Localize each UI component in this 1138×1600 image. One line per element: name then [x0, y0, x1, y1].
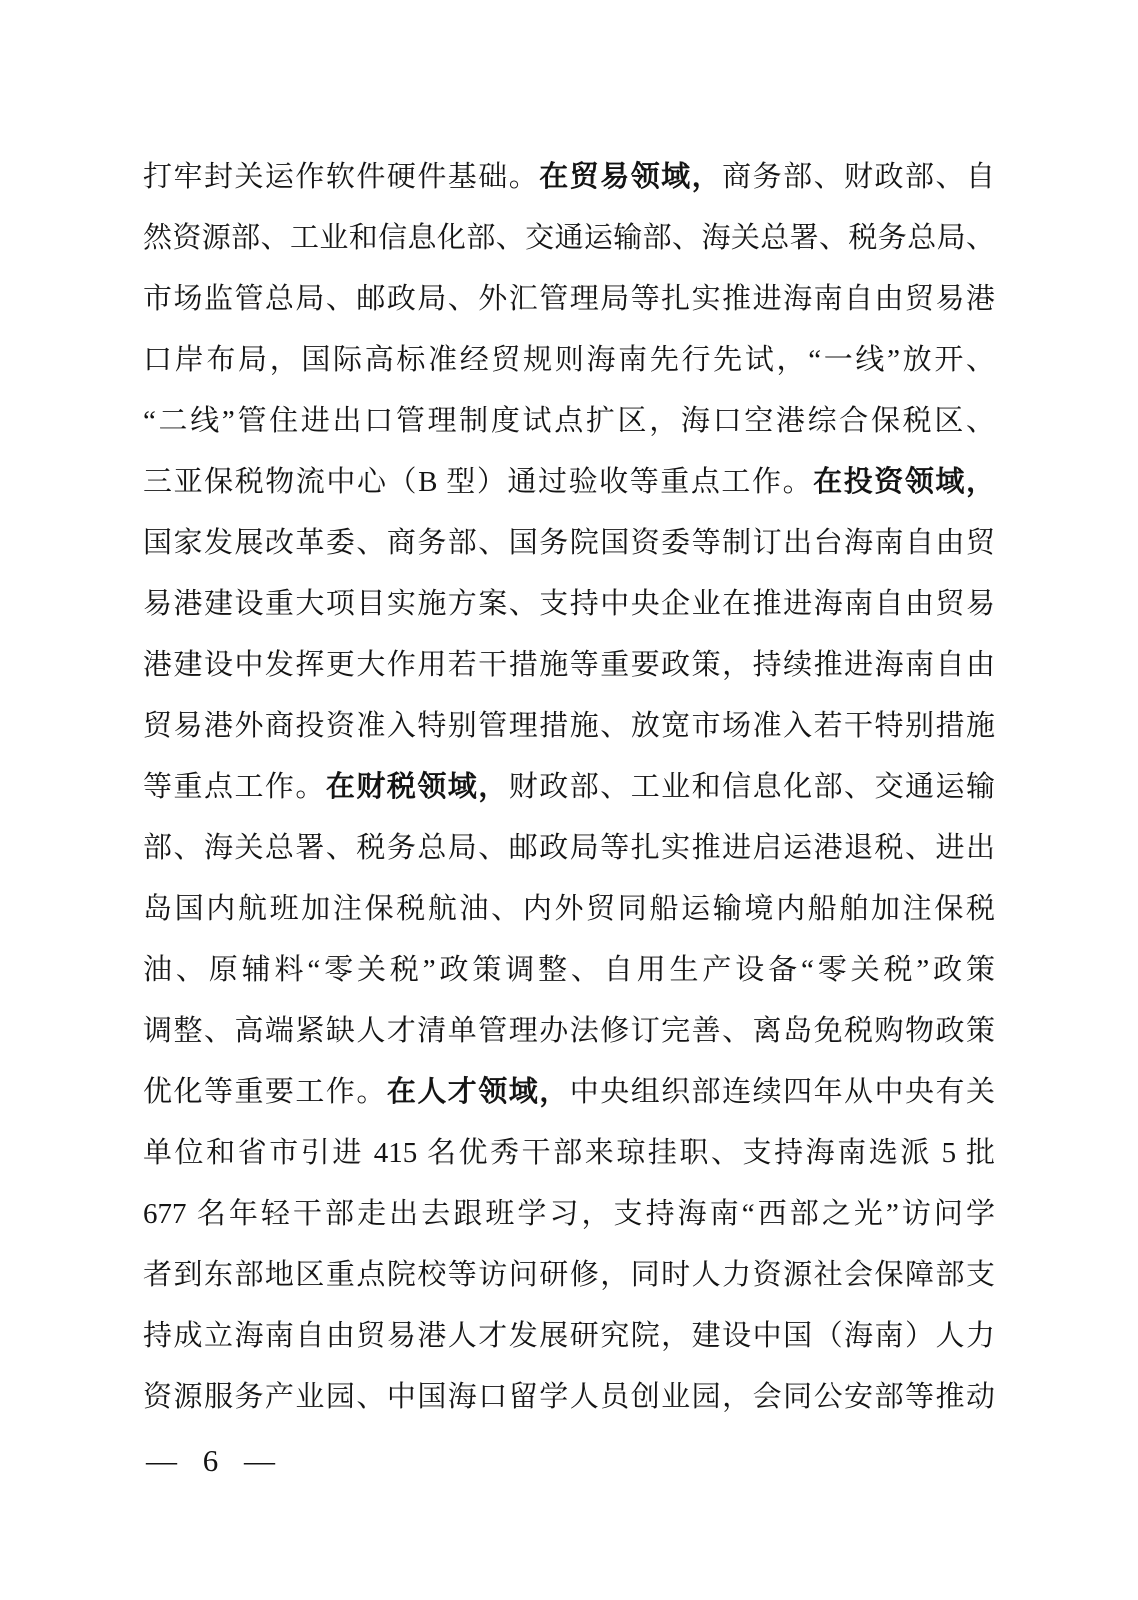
document-line: 贸易港外商投资准入特别管理措施、放宽市场准入若干特别措施	[143, 696, 995, 757]
document-line: 单位和省市引进 415 名优秀干部来琼挂职、支持海南选派 5 批	[143, 1123, 995, 1184]
text-segment: 油、原辅料“零关税”政策调整、自用生产设备“零关税”政策	[143, 954, 995, 986]
text-segment: 然资源部、工业和信息化部、交通运输部、海关总署、税务总局、	[143, 222, 995, 254]
emphasis-text-segment: 在人才领域，	[387, 1076, 570, 1108]
text-segment: 优化等重要工作。	[143, 1076, 387, 1108]
text-segment: 易港建设重大项目实施方案、支持中央企业在推进海南自由贸易	[143, 588, 995, 620]
text-segment: 商务部、财政部、自	[722, 161, 995, 193]
document-line: 口岸布局，国际高标准经贸规则海南先行先试，“一线”放开、	[143, 330, 995, 391]
text-segment: 持成立海南自由贸易港人才发展研究院，建设中国（海南）人力	[143, 1320, 995, 1352]
document-line: 者到东部地区重点院校等访问研修，同时人力资源社会保障部支	[143, 1245, 995, 1306]
emphasis-text-segment: 在财税领域，	[326, 771, 509, 803]
text-segment: 资源服务产业园、中国海口留学人员创业园，会同公安部等推动	[143, 1381, 995, 1413]
document-line: 然资源部、工业和信息化部、交通运输部、海关总署、税务总局、	[143, 208, 995, 269]
document-line: 打牢封关运作软件硬件基础。在贸易领域，商务部、财政部、自	[143, 147, 995, 208]
document-line: 油、原辅料“零关税”政策调整、自用生产设备“零关税”政策	[143, 940, 995, 1001]
text-segment: 岛国内航班加注保税航油、内外贸同船运输境内船舶加注保税	[143, 893, 995, 925]
text-segment: 等重点工作。	[143, 771, 326, 803]
text-segment: 中央组织部连续四年从中央有关	[570, 1076, 995, 1108]
page-number: — 6 —	[146, 1441, 284, 1481]
emphasis-text-segment: 在贸易领域，	[539, 161, 722, 193]
document-line: 调整、高端紧缺人才清单管理办法修订完善、离岛免税购物政策	[143, 1001, 995, 1062]
document-line: 港建设中发挥更大作用若干措施等重要政策，持续推进海南自由	[143, 635, 995, 696]
document-line: 市场监管总局、邮政局、外汇管理局等扎实推进海南自由贸易港	[143, 269, 995, 330]
document-line: 677 名年轻干部走出去跟班学习，支持海南“西部之光”访问学	[143, 1184, 995, 1245]
text-segment: 国家发展改革委、商务部、国务院国资委等制订出台海南自由贸	[143, 527, 995, 559]
text-segment: 者到东部地区重点院校等访问研修，同时人力资源社会保障部支	[143, 1259, 995, 1291]
document-line: 部、海关总署、税务总局、邮政局等扎实推进启运港退税、进出	[143, 818, 995, 879]
text-segment: 调整、高端紧缺人才清单管理办法修订完善、离岛免税购物政策	[143, 1015, 995, 1047]
document-line: 国家发展改革委、商务部、国务院国资委等制订出台海南自由贸	[143, 513, 995, 574]
text-segment: 贸易港外商投资准入特别管理措施、放宽市场准入若干特别措施	[143, 710, 995, 742]
text-segment: 打牢封关运作软件硬件基础。	[143, 161, 539, 193]
emphasis-text-segment: 在投资领域，	[813, 466, 995, 498]
document-line: 资源服务产业园、中国海口留学人员创业园，会同公安部等推动	[143, 1367, 995, 1428]
text-segment: 三亚保税物流中心（B 型）通过验收等重点工作。	[143, 466, 813, 498]
text-segment: 财政部、工业和信息化部、交通运输	[509, 771, 995, 803]
text-segment: 港建设中发挥更大作用若干措施等重要政策，持续推进海南自由	[143, 649, 995, 681]
document-page: 打牢封关运作软件硬件基础。在贸易领域，商务部、财政部、自然资源部、工业和信息化部…	[0, 0, 1138, 1600]
text-segment: 口岸布局，国际高标准经贸规则海南先行先试，“一线”放开、	[143, 344, 995, 376]
document-line: 等重点工作。在财税领域，财政部、工业和信息化部、交通运输	[143, 757, 995, 818]
text-segment: 市场监管总局、邮政局、外汇管理局等扎实推进海南自由贸易港	[143, 283, 995, 315]
document-line: 持成立海南自由贸易港人才发展研究院，建设中国（海南）人力	[143, 1306, 995, 1367]
document-line: “二线”管住进出口管理制度试点扩区，海口空港综合保税区、	[143, 391, 995, 452]
document-line: 三亚保税物流中心（B 型）通过验收等重点工作。在投资领域，	[143, 452, 995, 513]
document-line: 岛国内航班加注保税航油、内外贸同船运输境内船舶加注保税	[143, 879, 995, 940]
document-line: 优化等重要工作。在人才领域，中央组织部连续四年从中央有关	[143, 1062, 995, 1123]
text-segment: 部、海关总署、税务总局、邮政局等扎实推进启运港退税、进出	[143, 832, 995, 864]
document-line: 易港建设重大项目实施方案、支持中央企业在推进海南自由贸易	[143, 574, 995, 635]
text-segment: “二线”管住进出口管理制度试点扩区，海口空港综合保税区、	[143, 405, 995, 437]
text-segment: 677 名年轻干部走出去跟班学习，支持海南“西部之光”访问学	[143, 1198, 995, 1230]
text-segment: 单位和省市引进 415 名优秀干部来琼挂职、支持海南选派 5 批	[143, 1137, 995, 1169]
text-block: 打牢封关运作软件硬件基础。在贸易领域，商务部、财政部、自然资源部、工业和信息化部…	[143, 147, 995, 1428]
